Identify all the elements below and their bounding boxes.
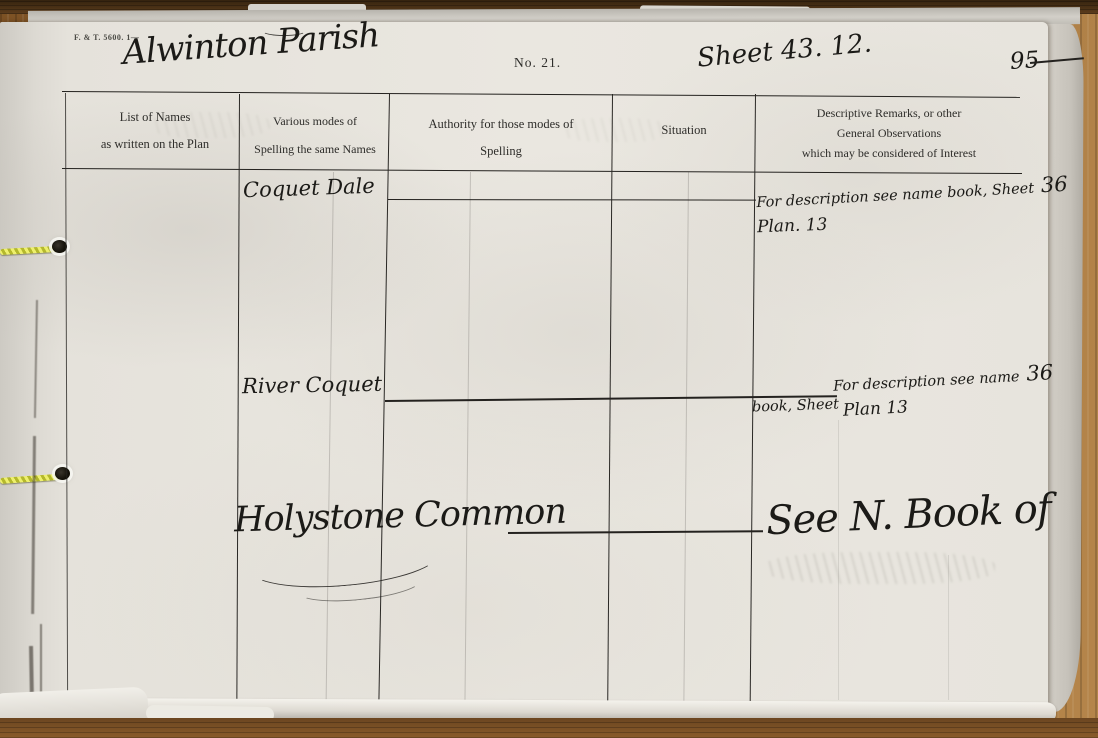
desk-wood-bottom-edge xyxy=(0,718,1098,738)
row-remark-line: Plan 13 xyxy=(843,397,909,420)
header-line: Spelling the same Names xyxy=(241,135,389,163)
header-line: which may be considered of Interest xyxy=(758,143,1020,163)
scanned-name-book-page: F. & T. 5600. 1— Alwinton Parish No. 21.… xyxy=(0,0,1098,738)
remark-sheet-number: 36 xyxy=(1026,360,1054,385)
faint-pencil-ghost xyxy=(765,552,995,584)
row-remark-line: Plan. 13 xyxy=(757,215,828,237)
header-line: Spelling xyxy=(392,138,610,165)
binding-hole xyxy=(55,467,70,480)
column-header-remarks: Descriptive Remarks, or other General Ob… xyxy=(758,103,1020,163)
row-name: River Coquet xyxy=(242,372,382,398)
remark-sheet-number: 36 xyxy=(1040,172,1068,197)
header-line: Descriptive Remarks, or other xyxy=(758,103,1020,123)
column-header-spelling: Various modes of Spelling the same Names xyxy=(241,107,389,163)
row-remark-line: book, Sheet xyxy=(752,396,840,415)
show-through-smudge xyxy=(150,112,270,138)
header-line: General Observations xyxy=(758,123,1020,143)
document-number: No. 21. xyxy=(514,55,561,71)
show-through-smudge xyxy=(560,118,670,142)
page-crease xyxy=(40,624,42,698)
row-name: Coquet Dale xyxy=(243,174,375,203)
